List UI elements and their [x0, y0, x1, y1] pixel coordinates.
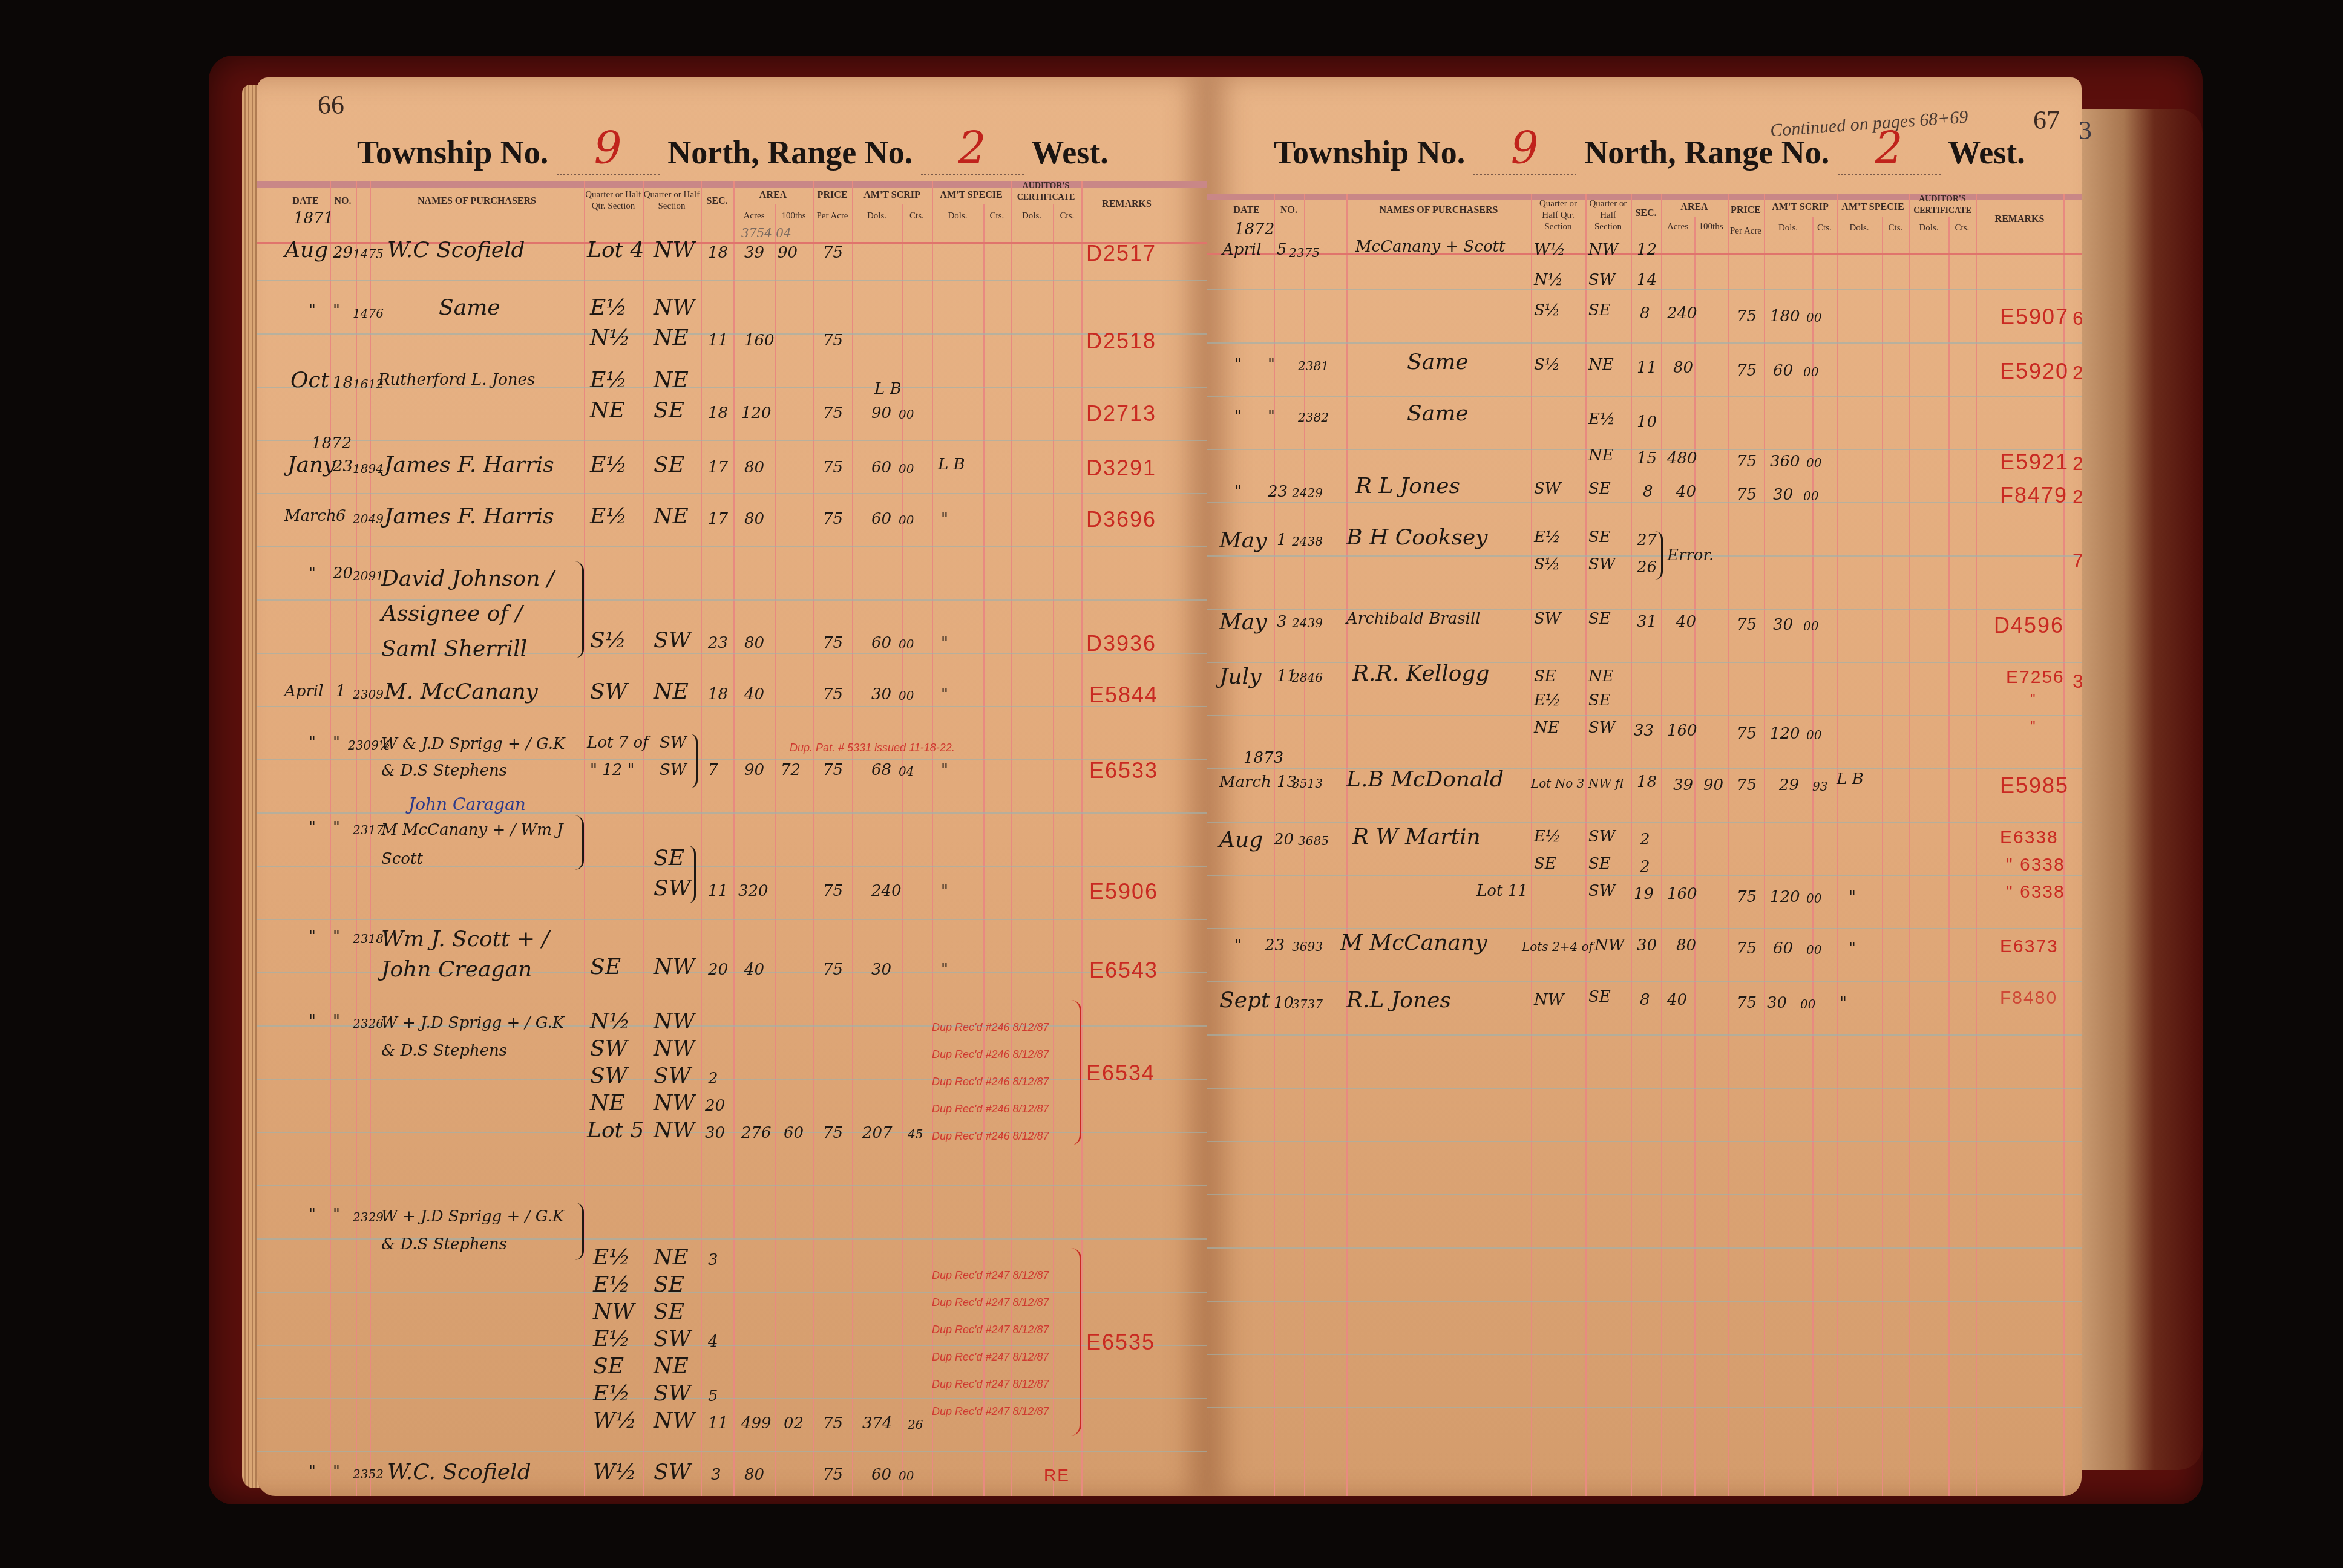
section: 31 — [1637, 613, 1657, 631]
quarter-section: E½ — [590, 452, 627, 477]
price: 75 — [823, 1466, 843, 1484]
half-section: NW — [654, 1009, 695, 1034]
half-section: NE — [1588, 446, 1614, 465]
quarter-section: SE — [593, 1354, 624, 1379]
purchaser-name: W + J.D Sprigg + / G.K & D.S Stephens — [381, 1009, 581, 1065]
hundredths: 90 — [1703, 776, 1723, 794]
line-rule — [1207, 1407, 2082, 1408]
section: 15 — [1637, 449, 1657, 468]
section: 18 — [708, 685, 728, 704]
ditto-mark: " — [1849, 939, 1856, 958]
col-header-dols: Dols. — [1764, 223, 1812, 234]
entry-number: 2375 — [1289, 246, 1320, 260]
margin-tally: 2 — [2073, 362, 2082, 384]
ditto-mark: " — [941, 761, 948, 779]
quarter-section: Lot 5 — [587, 1118, 644, 1143]
col-header-date: DATE — [281, 195, 330, 207]
price: 75 — [1737, 452, 1757, 471]
line-rule — [1207, 342, 2082, 344]
entry-number: 1894 — [353, 462, 384, 476]
quarter-section: Lot 7 of — [587, 734, 649, 752]
acres: 80 — [744, 459, 764, 477]
col-divider — [643, 181, 644, 1496]
margin-tally: 7 — [2073, 549, 2082, 572]
hundredths: 60 — [784, 1124, 804, 1142]
col-divider — [775, 204, 776, 1496]
price: 75 — [823, 510, 843, 528]
half-section: SW — [1588, 828, 1616, 846]
acres: 240 — [1667, 304, 1697, 322]
purchaser-name: Same — [1407, 401, 1469, 426]
col-header-qq: Quarter or Half Qtr. Section — [1531, 198, 1585, 233]
line-rule — [1207, 662, 2082, 663]
entry-day: 23 — [1265, 936, 1285, 955]
duplicate-receipt-note: Dup Rec'd #247 8/12/87 — [932, 1378, 1049, 1391]
township-number: 9 — [1473, 123, 1576, 175]
col-header-hundredths: 100ths — [775, 211, 813, 222]
col-divider — [1948, 217, 1950, 1496]
line-rule — [257, 919, 1207, 920]
scrip-dollars: 60 — [1773, 939, 1793, 958]
line-rule — [257, 493, 1207, 494]
purchaser-name: W & J.D Sprigg + / G.K & D.S Stephens — [381, 731, 581, 784]
line-rule — [1207, 1301, 2082, 1302]
purchaser-name: M McCanany — [1340, 930, 1487, 955]
price: 75 — [823, 882, 843, 900]
col-header-price-sub: Per Acre — [813, 211, 852, 222]
col-header-sec: Sec. — [1631, 207, 1661, 219]
line-rule — [1207, 1247, 2082, 1249]
quarter-section: W½ — [593, 1408, 637, 1433]
half-section: NW — [654, 955, 695, 979]
page-number: 67 — [2033, 105, 2060, 136]
acres: 120 — [741, 404, 772, 422]
half-section: SE — [654, 846, 684, 871]
half-section: SE — [1588, 988, 1611, 1006]
col-header-specie: AM'T SPECIE — [932, 189, 1011, 201]
purchaser-name: R.R. Kellogg — [1352, 661, 1490, 686]
quarter-section: E½ — [593, 1327, 630, 1351]
quarter-section: N½ — [1534, 271, 1563, 289]
section: 8 — [1640, 304, 1650, 322]
half-section: SW — [660, 734, 687, 752]
scrip-dollars: 60 — [1773, 362, 1793, 380]
entry-date: Oct — [290, 368, 329, 393]
specie-note: L B — [1837, 770, 1864, 788]
acres: 39 — [744, 244, 764, 262]
price: 75 — [823, 1124, 843, 1142]
line-rule — [257, 1451, 1207, 1452]
section: 18 — [1637, 773, 1657, 791]
brace — [688, 846, 696, 903]
page-title: Township No. 9 North, Range No. 2 West. — [357, 123, 1109, 175]
ditto-mark: " — [941, 882, 948, 900]
acres: 40 — [1676, 483, 1696, 501]
entry-day: " — [333, 301, 340, 319]
scrip-dollars: 30 — [1767, 994, 1787, 1012]
line-rule — [257, 1398, 1207, 1399]
scrip-dollars: 120 — [1770, 725, 1800, 743]
quarter-section: E½ — [1534, 828, 1561, 846]
error-note: Error. — [1667, 546, 1714, 564]
ditto-mark: " — [941, 961, 948, 979]
acres: 90 — [744, 761, 764, 779]
price: 75 — [823, 459, 843, 477]
quarter-section: NE — [1534, 719, 1559, 737]
duplicate-receipt-note: Dup Rec'd #246 8/12/87 — [932, 1021, 1049, 1034]
range-number: 2 — [1838, 123, 1941, 175]
quarter-section: S½ — [590, 628, 626, 653]
scrip-cents: 00 — [899, 637, 914, 652]
half-section: NE — [654, 368, 689, 393]
price: 75 — [823, 404, 843, 422]
purchaser-name: Archibald Brasill — [1346, 610, 1481, 628]
half-section: SW — [1588, 555, 1616, 573]
half-section: NW — [654, 238, 695, 263]
price: 75 — [1737, 362, 1757, 380]
year-heading: 1873 — [1244, 749, 1283, 767]
col-header-scrip: AM'T SCRIP — [852, 189, 932, 201]
line-rule — [1207, 502, 2082, 503]
half-section: NE — [1588, 356, 1614, 374]
section: 3 — [708, 1251, 718, 1269]
line-rule — [1207, 981, 2082, 982]
line-rule — [1207, 715, 2082, 716]
quarter-section: E½ — [590, 368, 627, 393]
scrip-cents: 00 — [899, 1469, 914, 1483]
section: 23 — [708, 634, 728, 652]
entry-date: " — [309, 1012, 316, 1030]
entry-day: 10 — [1274, 994, 1294, 1012]
purchaser-name: Rutherford L. Jones — [378, 371, 535, 389]
purchaser-name: W.C. Scofield — [387, 1460, 531, 1485]
ditto-mark: " — [941, 510, 948, 528]
quarter-section: E½ — [1534, 691, 1561, 710]
price: 75 — [1737, 888, 1757, 906]
quarter-section: NE — [590, 1091, 625, 1116]
thumb-index-tab[interactable]: 3 — [2079, 115, 2092, 146]
purchaser-name: M. McCanany — [384, 679, 538, 704]
scrip-dollars: 29 — [1779, 776, 1799, 794]
entry-number: 2438 — [1292, 534, 1323, 549]
col-divider — [1882, 217, 1883, 1496]
entry-day: 20 — [333, 564, 353, 583]
brace — [690, 734, 698, 788]
section: 17 — [708, 459, 728, 477]
line-rule — [1207, 1034, 2082, 1036]
scrip-cents: 00 — [899, 688, 914, 703]
remarks-code: D4596 — [1994, 613, 2064, 638]
purchaser-name: B H Cooksey — [1346, 525, 1488, 550]
line-rule — [257, 1132, 1207, 1133]
brace — [1655, 531, 1663, 580]
col-header-price-sub: Per Acre — [1728, 226, 1764, 237]
col-header-dols: Dols. — [1837, 223, 1882, 234]
remarks-code: E6338 — [2000, 828, 2059, 848]
quarter-section: Lot 11 — [1476, 882, 1528, 900]
brace — [575, 561, 584, 658]
half-section: SW — [654, 1063, 691, 1088]
entry-number: 3693 — [1292, 939, 1323, 954]
remarks-code: E5985 — [2000, 773, 2069, 799]
section: 7 — [708, 761, 718, 779]
half-section: SW — [654, 876, 691, 901]
col-divider — [1694, 217, 1696, 1496]
remarks-code: D3291 — [1086, 456, 1156, 481]
section: 8 — [1643, 483, 1653, 501]
scrip-cents: 93 — [1812, 779, 1827, 794]
price: 75 — [823, 761, 843, 779]
acres: 80 — [1673, 359, 1693, 377]
quarter-section: E½ — [590, 295, 627, 320]
entry-day: " — [333, 818, 340, 837]
half-section: SE — [1588, 301, 1611, 319]
half-section: NE — [654, 679, 689, 704]
purchaser-name: R.L Jones — [1346, 988, 1451, 1013]
ditto-mark: " — [2030, 719, 2037, 736]
entry-day: 1 — [336, 682, 346, 701]
section: 19 — [1634, 885, 1654, 903]
remarks-code: E6534 — [1086, 1060, 1155, 1086]
col-header-no: No. — [330, 195, 356, 207]
remarks-code: D2713 — [1086, 401, 1156, 426]
section: 5 — [708, 1387, 718, 1405]
area-total-note: 3754 04 — [741, 226, 791, 240]
entry-day: " — [333, 927, 340, 946]
year-heading: 1872 — [312, 434, 352, 452]
scrip-cents: 00 — [1803, 619, 1818, 633]
half-section: NW — [654, 1036, 695, 1061]
ditto-mark: " — [941, 634, 948, 652]
section: 26 — [1637, 558, 1657, 577]
line-rule — [257, 1345, 1207, 1346]
margin-tally: 2 — [2073, 452, 2082, 475]
quarter-section: NW — [1534, 991, 1564, 1009]
price: 75 — [823, 332, 843, 350]
quarter-section: SE — [1534, 855, 1556, 873]
scrip-cents: 00 — [1806, 942, 1821, 957]
acres: 160 — [1667, 885, 1697, 903]
half-section: SE — [654, 1299, 684, 1324]
line-rule — [1207, 928, 2082, 929]
quarter-section: " 12 " — [590, 761, 635, 779]
col-header-sec: Sec. — [701, 195, 733, 207]
line-rule — [1207, 289, 2082, 290]
col-header-acres: Acres — [733, 211, 775, 222]
entry-date: May — [1219, 528, 1267, 553]
col-divider — [1812, 217, 1814, 1496]
col-header-auditor: AUDITOR'S CERTIFICATE — [1909, 194, 1976, 217]
entry-date: " — [1234, 483, 1242, 501]
section: 30 — [705, 1124, 725, 1142]
purchaser-name: R W Martin — [1352, 825, 1481, 849]
section: 11 — [1637, 359, 1657, 377]
quarter-section: SW — [1534, 480, 1561, 498]
col-header-cts: Cts. — [1948, 223, 1976, 234]
entry-date: " — [309, 734, 316, 752]
col-divider — [330, 181, 331, 1496]
line-rule — [257, 1079, 1207, 1080]
scrip-cents: 00 — [1806, 310, 1821, 325]
col-header-names: NAMES OF PURCHASERS — [370, 195, 584, 207]
col-header-cts: Cts. — [1882, 223, 1909, 234]
col-header-area: AREA — [733, 189, 813, 201]
year-heading: 1871 — [293, 209, 333, 227]
half-section: SW — [1588, 882, 1616, 900]
margin-tally: 2 — [2073, 486, 2082, 508]
remarks-code: D3696 — [1086, 507, 1156, 532]
brace — [575, 1203, 584, 1260]
quarter-section: NE — [590, 398, 625, 423]
duplicate-receipt-note: Dup Rec'd #247 8/12/87 — [932, 1296, 1049, 1309]
entry-number: 3737 — [1292, 997, 1323, 1011]
col-divider — [1053, 204, 1054, 1496]
entry-day: 5 — [1277, 241, 1287, 259]
quarter-section: S½ — [1534, 301, 1560, 319]
entry-number: 2846 — [1292, 670, 1323, 685]
duplicate-receipt-note: Dup Rec'd #247 8/12/87 — [932, 1405, 1049, 1418]
scrip-cents: 00 — [1806, 728, 1821, 742]
duplicate-receipt-note: Dup Rec'd #246 8/12/87 — [932, 1076, 1049, 1088]
entry-day: " — [333, 734, 340, 752]
quarter-section: N½ — [590, 1009, 630, 1034]
quarter-section: NW — [593, 1299, 635, 1324]
col-header-dols: Dols. — [1011, 211, 1053, 222]
half-section: SE — [1588, 480, 1611, 498]
scrip-dollars: 60 — [871, 1466, 891, 1484]
line-rule — [1207, 609, 2082, 610]
entry-number: 2382 — [1298, 410, 1329, 425]
line-rule — [1207, 768, 2082, 769]
half-section: SW — [1588, 719, 1616, 737]
acres: 276 — [741, 1124, 772, 1142]
entry-day: 6 — [336, 507, 346, 525]
entry-date: " — [309, 1206, 316, 1224]
title-prefix: Township No. — [1274, 134, 1465, 171]
acres: 499 — [741, 1414, 772, 1432]
quarter-section: SE — [1534, 667, 1556, 685]
remarks-code: E6535 — [1086, 1330, 1155, 1355]
remarks-code: " 6338 — [2006, 882, 2065, 903]
scrip-cents: 00 — [899, 462, 914, 476]
half-section: SW — [654, 1327, 691, 1351]
col-header-dols: Dols. — [932, 211, 983, 222]
price: 75 — [823, 244, 843, 262]
entry-number: 2318 — [353, 932, 384, 946]
col-divider — [813, 181, 814, 1496]
price: 75 — [823, 1414, 843, 1432]
scrip-dollars: 60 — [871, 510, 891, 528]
scrip-cents: 00 — [1800, 997, 1815, 1011]
duplicate-receipt-note: Dup Rec'd #247 8/12/87 — [932, 1351, 1049, 1364]
line-rule — [1207, 1194, 2082, 1195]
half-section: SW — [1588, 271, 1616, 289]
line-rule — [1207, 555, 2082, 557]
scrip-cents: 00 — [899, 513, 914, 528]
half-section: SE — [1588, 691, 1611, 710]
purchaser-name: R L Jones — [1355, 474, 1460, 498]
scrip-dollars: 60 — [871, 459, 891, 477]
price: 75 — [1737, 994, 1757, 1012]
acres: 80 — [744, 634, 764, 652]
quarter-section: SW — [590, 679, 628, 704]
section: 20 — [705, 1097, 725, 1115]
remarks-code: E6373 — [2000, 936, 2059, 957]
price: 75 — [1737, 725, 1757, 743]
scrip-cents: 00 — [1803, 365, 1818, 379]
col-header-no: No. — [1274, 204, 1304, 216]
brace — [1071, 1248, 1081, 1436]
entry-day: " — [333, 1463, 340, 1481]
entry-day: 3 — [1277, 613, 1287, 631]
margin-tally: 6 — [2073, 307, 2082, 330]
remarks-code: D2518 — [1086, 328, 1156, 354]
section: 11 — [708, 1414, 728, 1432]
scrip-dollars: 30 — [1773, 616, 1793, 634]
acres: 80 — [1676, 936, 1696, 955]
title-suffix: West. — [1948, 134, 2025, 171]
col-header-area: AREA — [1661, 201, 1728, 213]
title-suffix: West. — [1031, 134, 1109, 171]
half-section: NE — [654, 1245, 689, 1270]
half-section: SW — [654, 1460, 691, 1485]
acres: 160 — [744, 332, 775, 350]
col-header-acres: Acres — [1661, 221, 1694, 233]
quarter-section: E½ — [593, 1272, 630, 1297]
entry-day: 1 — [1277, 531, 1287, 549]
col-header-hundredths: 100ths — [1694, 221, 1728, 233]
entry-number: 2049 — [353, 512, 384, 526]
col-header-price: PRICE — [813, 189, 852, 201]
half-section: NW — [1594, 936, 1624, 955]
remarks-code: RE — [1044, 1466, 1070, 1485]
half-section: NE — [1588, 667, 1614, 685]
price: 75 — [823, 961, 843, 979]
duplicate-receipt-note: Dup Rec'd #247 8/12/87 — [932, 1324, 1049, 1336]
section: 4 — [708, 1333, 718, 1351]
entry-date: Aug — [1219, 828, 1263, 852]
line-rule — [257, 280, 1207, 281]
scrip-cents: 26 — [908, 1417, 923, 1432]
entry-number: 2317 — [353, 823, 384, 837]
entry-number: 3685 — [1298, 834, 1329, 848]
line-rule — [257, 440, 1207, 441]
section: 33 — [1634, 722, 1654, 740]
entry-number: 2381 — [1298, 359, 1329, 373]
acres: 39 — [1673, 776, 1693, 794]
half-section: NW — [654, 295, 695, 320]
scrip-cents: 00 — [1806, 456, 1821, 470]
price: 75 — [1737, 776, 1757, 794]
entry-day: " — [333, 1206, 340, 1224]
entry-date: March — [284, 507, 336, 525]
quarter-section: Lot No 3 — [1531, 776, 1584, 791]
col-divider — [902, 204, 903, 1496]
half-section: SW — [654, 1381, 691, 1406]
acres: 480 — [1667, 449, 1697, 468]
duplicate-patent-note: Dup. Pat. # 5331 issued 11-18-22. — [790, 742, 955, 754]
title-middle: North, Range No. — [1584, 134, 1829, 171]
title-middle: North, Range No. — [667, 134, 913, 171]
acres: 40 — [1667, 991, 1687, 1009]
entry-date: " — [309, 818, 316, 837]
line-rule — [1207, 1088, 2082, 1089]
section: 10 — [1637, 413, 1657, 431]
purchaser-name: M McCanany + / Wm J Scott — [381, 815, 581, 874]
col-header-scrip: AM'T SCRIP — [1764, 201, 1837, 213]
line-rule — [257, 333, 1207, 335]
entry-day: 23 — [333, 457, 353, 475]
